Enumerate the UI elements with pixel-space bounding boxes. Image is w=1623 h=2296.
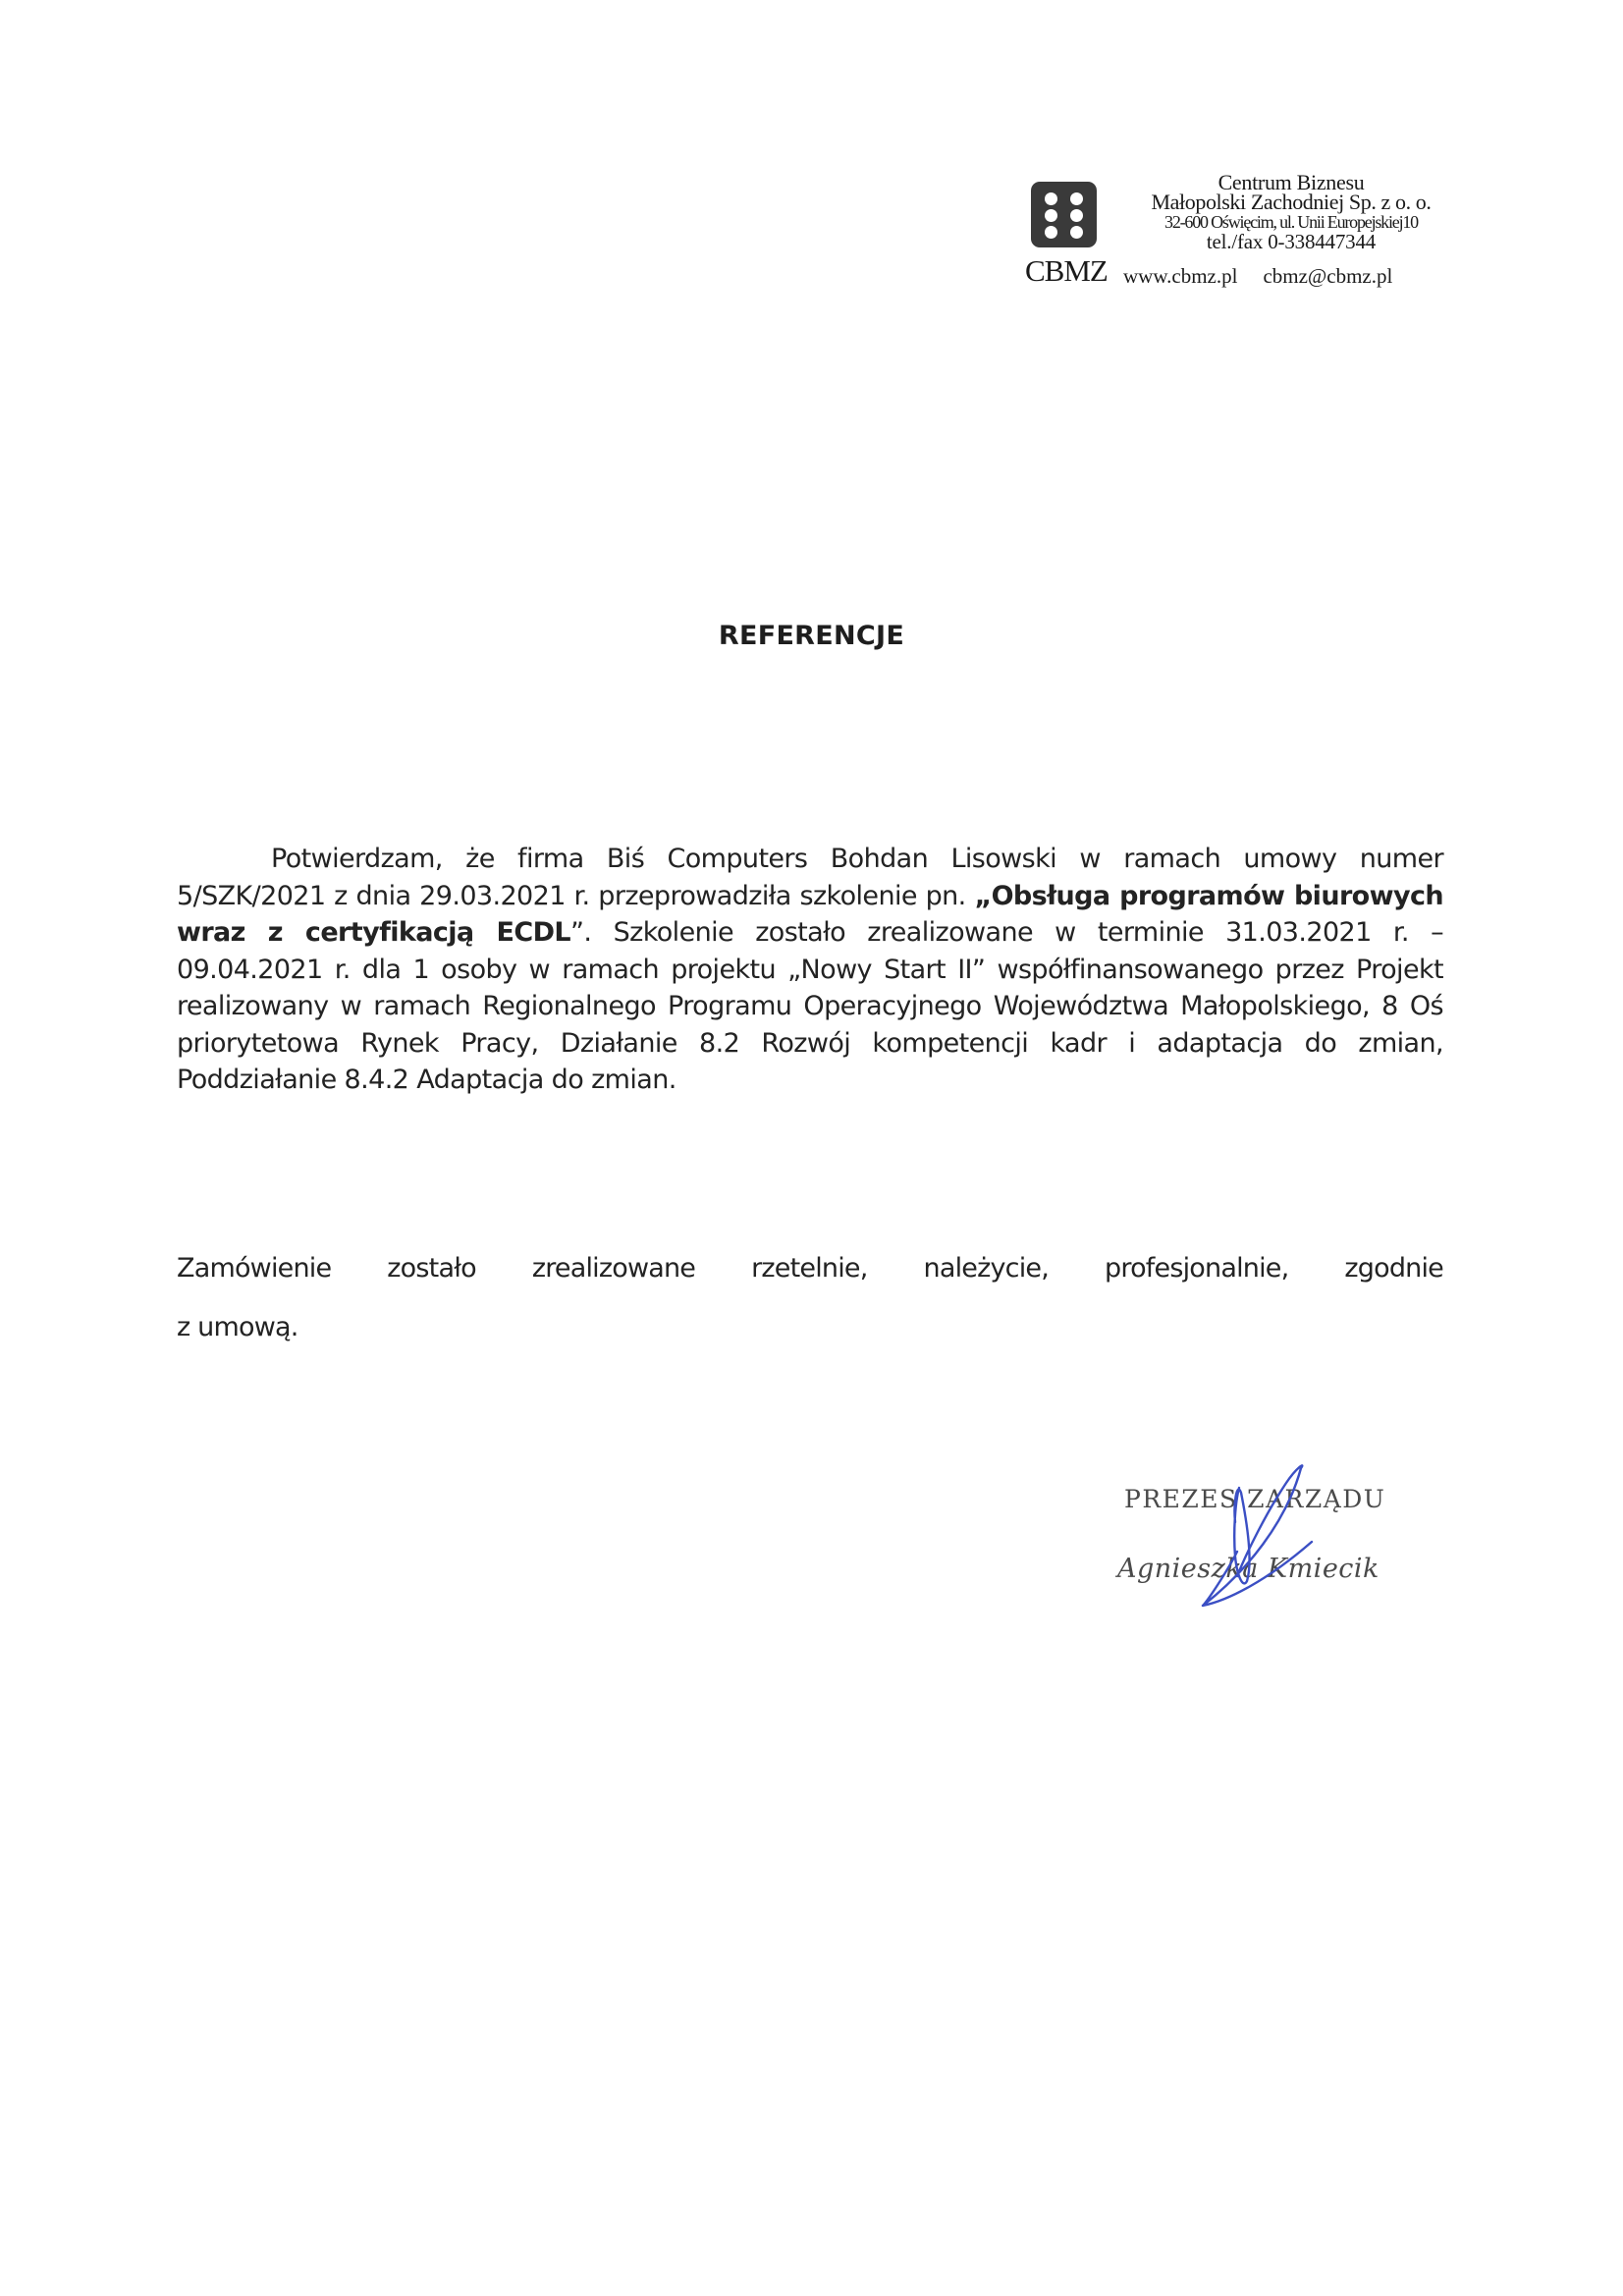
company-phone: tel./fax 0-338447344 [1119,232,1463,251]
handwritten-signature-icon [1109,1463,1424,1620]
company-address-block: Centrum Biznesu Małopolski Zachodniej Sp… [1119,173,1463,251]
company-website: www.cbmz.pl [1123,264,1237,288]
company-email: cbmz@cbmz.pl [1263,264,1392,288]
evaluation-paragraph: Zamówienie zostało zrealizowane rzetelni… [177,1239,1443,1357]
document-title: REFERENCJE [0,621,1623,651]
company-contact: www.cbmz.plcbmz@cbmz.pl [1123,264,1418,289]
company-address: 32-600 Oświęcim, ul. Unii Europejskiej10 [1119,212,1463,232]
company-abbreviation: CBMZ [1025,255,1108,287]
signature-stamp: PREZES ZARZĄDU Agnieszka Kmiecik [1109,1463,1424,1620]
company-stamp: CBMZ Centrum Biznesu Małopolski Zachodni… [1025,169,1457,297]
evaluation-line-1: Zamówienie zostało zrealizowane rzetelni… [177,1239,1443,1298]
six-dot-logo-icon [1031,182,1097,247]
company-name-line-2: Małopolski Zachodniej Sp. z o. o. [1119,192,1463,212]
evaluation-line-2: z umową. [177,1312,298,1342]
reference-paragraph: Potwierdzam, że firma Biś Computers Bohd… [177,841,1443,1099]
